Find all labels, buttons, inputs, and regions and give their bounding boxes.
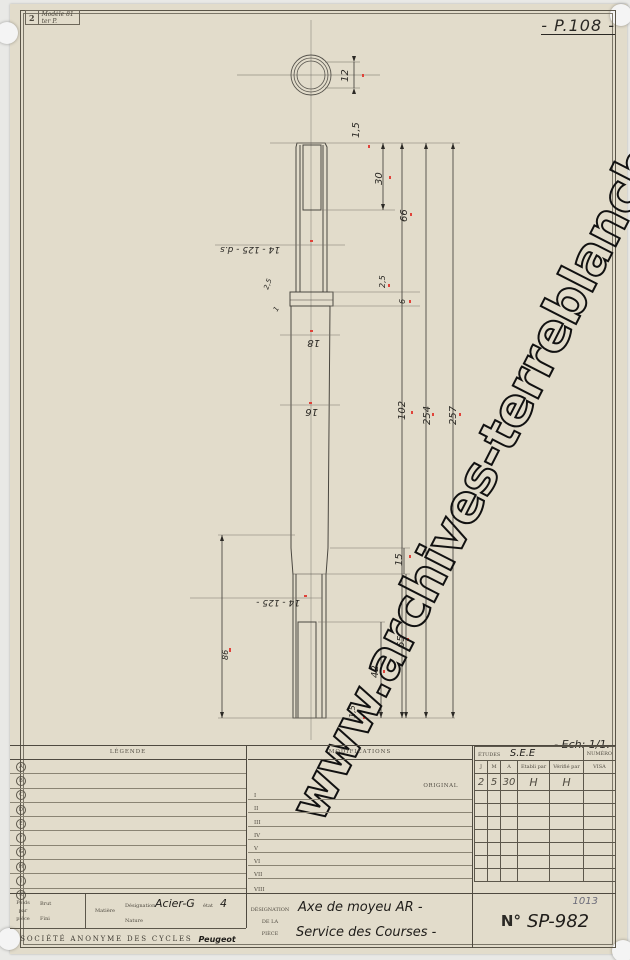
number-prefix: N° [501, 912, 521, 930]
legend-marker: C [16, 790, 26, 800]
col-visa: VISA [583, 761, 615, 774]
date-jour: 2 [475, 774, 488, 791]
svg-text:14 - 125 - d.s: 14 - 125 - d.s [220, 244, 280, 254]
numero-header: NUMÉRO [583, 747, 615, 761]
svg-text:16: 16 [305, 406, 318, 417]
etabli-par-initials: H [518, 774, 550, 791]
legend-marker: E [16, 819, 26, 829]
brand-logo: Peugeot [199, 935, 236, 944]
company-name: SOCIÉTÉ ANONYME DES CYCLES Peugeot [10, 928, 246, 949]
material-label: Matière [95, 908, 115, 914]
modification-row: VIII [248, 879, 472, 892]
designation-label: Désignation [125, 903, 155, 909]
svg-text:102: 102 [397, 401, 408, 420]
legend-panel: LÉGENDE A B C D E F G H J K [10, 746, 247, 893]
svg-text:86: 86 [221, 650, 230, 660]
col-annee: A [501, 761, 518, 774]
weight-brut-label: Brut [40, 901, 51, 907]
legend-title: LÉGENDE [10, 746, 246, 760]
service-code: S.E.E [510, 748, 535, 759]
drawing-number-annotation: 1013 [573, 896, 598, 907]
modifications-title: MODIFICATIONS [248, 746, 472, 760]
svg-text:1: 1 [272, 305, 281, 313]
drawing-number: SP-982 [527, 911, 589, 932]
part-designation-panel: DÉSIGNATION DE LA PIÈCE Axe de moyeu AR … [248, 894, 473, 948]
col-verifie-par: Vérifié par [550, 761, 584, 774]
svg-text:254: 254 [422, 406, 433, 425]
modification-row: VI [248, 853, 472, 866]
etat-label: état [203, 903, 213, 909]
verifie-par-initials: H [550, 774, 584, 791]
original-label: ORIGINAL [423, 783, 458, 789]
etat-value: 4 [220, 897, 227, 910]
col-mois: M [488, 761, 501, 774]
weight-fini-label: Fini [40, 916, 50, 922]
legend-marker: J [16, 876, 26, 886]
etudes-panel: ÉTUDES S.E.E NUMÉRO J M A Etabli par Vér… [474, 746, 616, 893]
nature-label: Nature [125, 918, 143, 924]
svg-text:1,5: 1,5 [351, 122, 362, 138]
material-designation: Acier-G [155, 897, 195, 910]
date-mois: 5 [488, 774, 501, 791]
modification-row: IV [248, 827, 472, 840]
dim-12: 12 [340, 69, 351, 82]
weight-label: Poids par pièce [13, 899, 33, 923]
title-block-bottom: Poids par pièce Brut Fini Matière Désign… [10, 893, 616, 950]
svg-text:18: 18 [307, 337, 320, 348]
svg-text:14 - 125 -: 14 - 125 - [256, 597, 300, 607]
legend-marker: G [16, 847, 26, 857]
date-annee: 30 [501, 774, 518, 791]
legend-marker: B [16, 776, 26, 786]
col-jour: J [475, 761, 488, 774]
modification-row: III [248, 813, 472, 826]
legend-marker: H [16, 862, 26, 872]
modification-row: VII [248, 866, 472, 879]
designation-label-2: DE LA [250, 916, 290, 928]
designation-label-3: PIÈCE [250, 928, 290, 940]
legend-marker: D [16, 805, 26, 815]
svg-text:257: 257 [448, 405, 459, 425]
svg-text:30: 30 [374, 172, 385, 185]
title-block: LÉGENDE A B C D E F G H J K MODIFICATION… [10, 745, 616, 949]
svg-text:6: 6 [398, 299, 407, 304]
svg-text:2,5: 2,5 [262, 277, 274, 291]
designation-label-1: DÉSIGNATION [250, 904, 290, 916]
modifications-panel: MODIFICATIONS ORIGINAL I II III IV V VI … [248, 746, 473, 893]
etudes-title: ÉTUDES [478, 752, 500, 758]
col-etabli-par: Etabli par [518, 761, 550, 774]
legend-marker: A [16, 762, 26, 772]
material-panel: Matière Désignation Acier-G état 4 Natur… [85, 894, 247, 928]
company-text: SOCIÉTÉ ANONYME DES CYCLES [20, 935, 192, 943]
svg-text:66: 66 [399, 209, 410, 222]
weight-panel: Poids par pièce Brut Fini [10, 894, 86, 928]
part-name-line-1: Axe de moyeu AR - [298, 900, 423, 915]
part-name-line-2: Service des Courses - [296, 925, 436, 940]
visa-cell [583, 774, 615, 791]
legend-marker: F [16, 833, 26, 843]
modification-row: II [248, 800, 472, 813]
drawing-number-panel: N° SP-982 1013 [474, 894, 616, 948]
svg-text:2,5: 2,5 [378, 275, 387, 288]
modification-row: V [248, 840, 472, 853]
